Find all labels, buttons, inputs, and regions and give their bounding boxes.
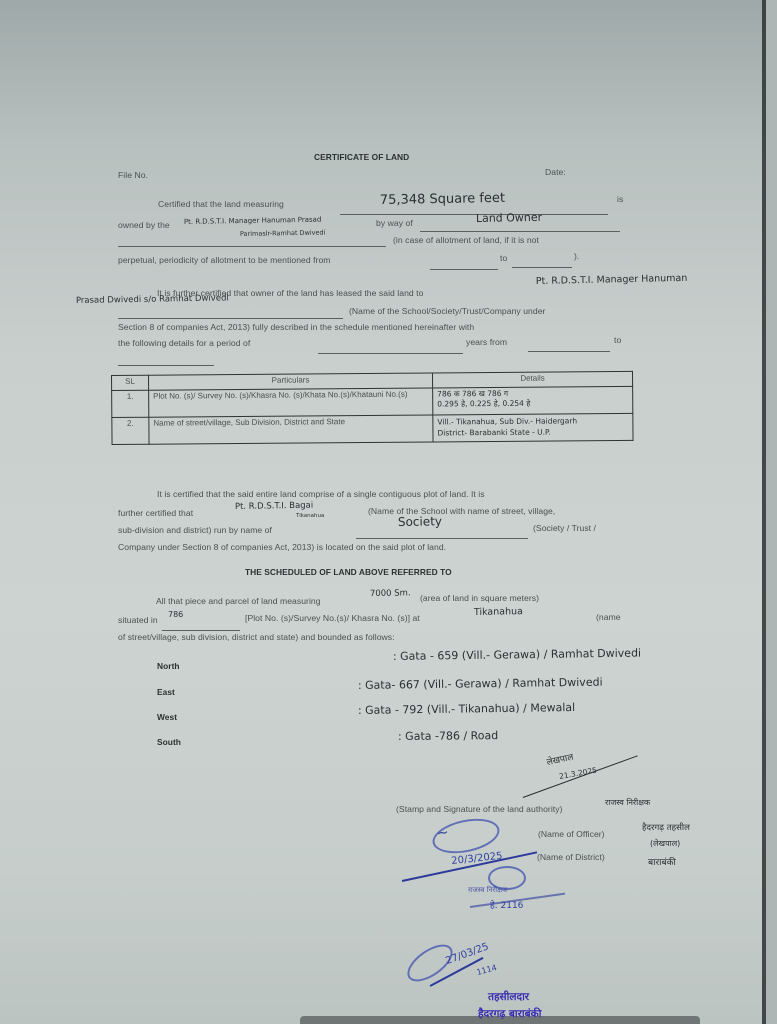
- years-from-blank: [528, 344, 610, 354]
- para1-line1-prefix: Certified that the land measuring: [158, 199, 284, 209]
- para1-line1-blank: [340, 207, 608, 217]
- schedule-plot-handwritten: 786: [168, 610, 183, 619]
- boundary-label-south: South: [157, 737, 181, 747]
- blue-stamp-title: राजस्व निरीक्षक: [468, 886, 507, 895]
- table-header-details: Details: [432, 371, 632, 388]
- table-row: 1. Plot No. (s)/ Survey No. (s)/Khasra N…: [112, 386, 633, 417]
- schedule-line1-prefix: All that piece and parcel of land measur…: [156, 596, 321, 606]
- table-header-sl: SL: [112, 375, 149, 390]
- para3-line1: It is certified that the said entire lan…: [157, 489, 485, 499]
- schedule-line1-suffix: (area of land in square meters): [420, 593, 539, 603]
- page-edge: [762, 0, 766, 1024]
- blue-signature-mark: ~: [436, 825, 450, 842]
- lessee-name-cont-handwritten: Prasad Dwivedi s/o Ramhat Dwivedi: [76, 293, 229, 306]
- file-no-label: File No.: [118, 170, 148, 180]
- para2-line4-mid: years from: [466, 337, 507, 347]
- para3-line4: Company under Section 8 of companies Act…: [118, 542, 446, 552]
- run-by-blank: [356, 531, 528, 541]
- para1-line4: perpetual, periodicity of allotment to b…: [118, 255, 331, 265]
- owner-name-handwritten: Pt. R.D.S.T.I. Manager Hanuman Prasad: [184, 216, 322, 226]
- para1-line2-mid: by way of: [376, 218, 413, 228]
- para2-line3: Section 8 of companies Act, 2013) fully …: [118, 322, 474, 332]
- boundary-label-east: East: [157, 687, 175, 697]
- officer-label: (Name of Officer): [538, 829, 605, 839]
- table-cell-particulars: Name of street/village, Sub Division, Di…: [149, 415, 433, 444]
- table-row: 2. Name of street/village, Sub Division,…: [112, 413, 633, 444]
- document-title: CERTIFICATE OF LAND: [314, 152, 409, 162]
- school-name-handwritten: Pt. R.D.S.T.I. Bagai: [235, 501, 313, 512]
- run-by-handwritten: Society: [398, 514, 442, 529]
- para3-line3-suffix: (Society / Trust /: [533, 523, 596, 533]
- schedule-line2-prefix: situated in: [118, 615, 158, 625]
- tehsildar-stamp-location: हैदरगढ़ बाराबंकी: [478, 1007, 541, 1021]
- owner-parent-handwritten: Parimaslr-Ramhat Dwivedi: [240, 229, 326, 238]
- table-cell-details: Vill.- Tikanahua, Sub Div.- Haidergarh D…: [433, 413, 633, 442]
- lekhpal-signature: लेखपाल: [545, 750, 574, 768]
- para1-line2-blank: [420, 224, 620, 234]
- boundary-value-north: : Gata - 659 (Vill.- Gerawa) / Ramhat Dw…: [393, 647, 641, 663]
- plot-areas-handwritten: 0.295 हे, 0.225 हे, 0.254 हे: [437, 398, 628, 409]
- authority-handwritten: राजस्व निरीक्षक: [605, 797, 650, 808]
- para2-line2-blank: [118, 311, 343, 321]
- period-blank: [318, 346, 463, 356]
- para1-line4-end: ).: [574, 251, 579, 261]
- table-cell-sl: 2.: [112, 417, 149, 444]
- lessee-name-handwritten: Pt. R.D.S.T.I. Manager Hanuman: [536, 273, 688, 287]
- para2-end-blank: [118, 358, 214, 368]
- para1-line4-to: to: [500, 253, 507, 263]
- stamp-signature-label: (Stamp and Signature of the land authori…: [396, 804, 562, 814]
- boundary-value-south: : Gata -786 / Road: [398, 729, 498, 743]
- tehsildar-signature-date: 27/03/25: [444, 941, 490, 967]
- run-by-annotation-handwritten: Tikanahua: [296, 513, 324, 519]
- para1-from-blank: [430, 262, 498, 272]
- boundary-value-west: : Gata - 792 (Vill.- Tikanahua) / Mewala…: [358, 701, 575, 717]
- date-label: Date:: [545, 167, 566, 177]
- para3-line3-prefix: sub-division and district) run by name o…: [118, 525, 272, 535]
- schedule-line2-mid: [Plot No. (s)/Survey No.(s)/ Khasra No. …: [245, 613, 420, 623]
- way-of-handwritten: Land Owner: [476, 211, 542, 225]
- table-cell-particulars: Plot No. (s)/ Survey No. (s)/Khasra No. …: [149, 388, 433, 417]
- officer-name-cont-handwritten: (लेखपाल): [650, 838, 680, 849]
- para1-to-blank: [512, 260, 572, 270]
- district-label: (Name of District): [537, 852, 605, 862]
- boundary-label-west: West: [157, 712, 177, 722]
- para2-line2-suffix: (Name of the School/Society/Trust/Compan…: [349, 306, 545, 316]
- para1-line2-prefix: owned by the: [118, 220, 170, 230]
- officer-name-handwritten: हैदरगढ़ तहसील: [642, 822, 690, 833]
- schedule-heading: THE SCHEDULED OF LAND ABOVE REFERRED TO: [245, 567, 452, 577]
- land-details-table: SL Particulars Details 1. Plot No. (s)/ …: [111, 371, 634, 445]
- schedule-village-handwritten: Tikanahua: [474, 606, 523, 618]
- para1-line1-suffix: is: [617, 194, 623, 204]
- district-name-handwritten: बाराबंकी: [648, 855, 676, 868]
- land-measure-handwritten: 75,348 Square feet: [380, 191, 505, 208]
- boundary-label-north: North: [157, 661, 180, 671]
- tehsildar-stamp-title: तहसीलदार: [488, 990, 529, 1004]
- para2-line4-prefix: the following details for a period of: [118, 338, 250, 348]
- boundary-value-east: : Gata- 667 (Vill.- Gerawa) / Ramhat Dwi…: [358, 676, 603, 692]
- background-surface: [766, 0, 777, 1024]
- para2-line4-to: to: [614, 335, 621, 345]
- schedule-line2-suffix: (name: [596, 612, 621, 622]
- para1-line3-suffix: (in case of allotment of land, if it is …: [393, 235, 539, 245]
- district-state-handwritten: District- Barabanki State - U.P.: [437, 426, 628, 438]
- table-cell-sl: 1.: [112, 390, 149, 417]
- para1-line3-blank: [118, 239, 386, 249]
- para3-line2-suffix: (Name of the School with name of street,…: [368, 506, 555, 516]
- lekhpal-signature-stroke: [523, 755, 638, 798]
- table-cell-details: 786 क 786 ख 786 ग 0.295 हे, 0.225 हे, 0.…: [433, 386, 633, 415]
- tehsildar-signature-number: 1114: [476, 963, 498, 977]
- schedule-area-handwritten: 7000 Sm.: [370, 588, 411, 599]
- schedule-line3: of street/village, sub division, distric…: [118, 632, 395, 642]
- para3-line2-prefix: further certified that: [118, 508, 193, 518]
